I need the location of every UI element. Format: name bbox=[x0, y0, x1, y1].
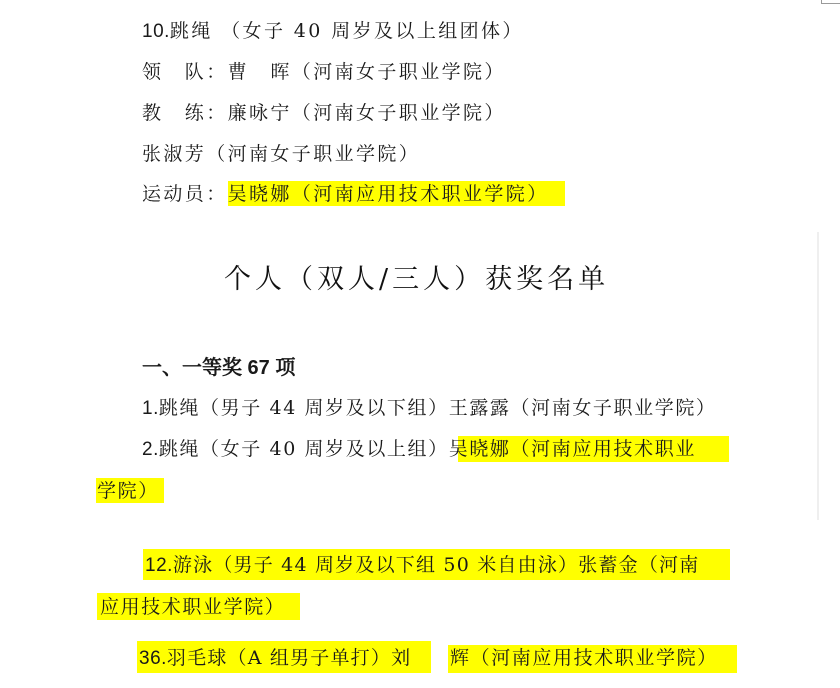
award-item-12-continued: 应用技术职业学院） bbox=[100, 594, 285, 620]
coach-2-value: 张淑芳（河南女子职业学院） bbox=[142, 143, 420, 165]
event-text: 跳绳 （女子 40 周岁及以上组团体） bbox=[170, 20, 524, 42]
item-1-number: 1. bbox=[142, 398, 159, 419]
award-item-36-b: 辉（河南应用技术职业学院） bbox=[450, 645, 718, 671]
vertical-scrollbar[interactable] bbox=[817, 232, 819, 520]
coach-2-line: 张淑芳（河南女子职业学院） bbox=[142, 141, 420, 167]
item-2-winner: 吴晓娜（河南应用技术职业 bbox=[449, 438, 696, 460]
award-item-36: 36.羽毛球（A 组男子单打）刘 bbox=[139, 645, 411, 672]
coach-line: 教 练：廉咏宁（河南女子职业学院） bbox=[142, 100, 506, 126]
athlete-value: 吴晓娜（河南应用技术职业学院） bbox=[228, 183, 549, 205]
item-2-event: 跳绳（女子 40 周岁及以上组） bbox=[159, 438, 449, 460]
item-36-number: 36. bbox=[139, 648, 167, 669]
award-item-2-continued: 学院） bbox=[97, 478, 159, 504]
section-title: 个人（双人/三人）获奖名单 bbox=[224, 262, 609, 298]
item-1-text: 跳绳（男子 44 周岁及以下组）王露露（河南女子职业学院） bbox=[159, 397, 717, 419]
leader-label: 领 队： bbox=[142, 61, 228, 83]
coach-label: 教 练： bbox=[142, 102, 228, 124]
first-prize-heading: 一、一等奖 67 项 bbox=[142, 354, 295, 382]
item-12-text: 游泳（男子 44 周岁及以下组 50 米自由泳）张蓄金（河南 bbox=[173, 554, 700, 576]
leader-value: 曹 晖（河南女子职业学院） bbox=[228, 61, 506, 83]
item-12-text-cont: 应用技术职业学院） bbox=[100, 596, 285, 618]
item-36-text-b: 辉（河南应用技术职业学院） bbox=[450, 647, 718, 669]
item-36-text-a: 羽毛球（A 组男子单打）刘 bbox=[167, 647, 411, 669]
item-2-number: 2. bbox=[142, 439, 159, 460]
team-event-line: 10.跳绳 （女子 40 周岁及以上组团体） bbox=[142, 18, 524, 45]
leader-line: 领 队：曹 晖（河南女子职业学院） bbox=[142, 59, 506, 85]
window-corner-frame bbox=[821, 0, 840, 4]
award-item-2: 2.跳绳（女子 40 周岁及以上组）吴晓娜（河南应用技术职业 bbox=[142, 436, 696, 463]
item-2-winner-cont: 学院） bbox=[97, 480, 159, 502]
item-12-number: 12. bbox=[145, 555, 173, 576]
award-item-1: 1.跳绳（男子 44 周岁及以下组）王露露（河南女子职业学院） bbox=[142, 395, 717, 422]
coach-value: 廉咏宁（河南女子职业学院） bbox=[228, 102, 506, 124]
athlete-line: 运动员：吴晓娜（河南应用技术职业学院） bbox=[142, 181, 549, 207]
award-item-12: 12.游泳（男子 44 周岁及以下组 50 米自由泳）张蓄金（河南 bbox=[145, 552, 699, 579]
athlete-label: 运动员： bbox=[142, 183, 228, 205]
event-number: 10. bbox=[142, 21, 170, 42]
